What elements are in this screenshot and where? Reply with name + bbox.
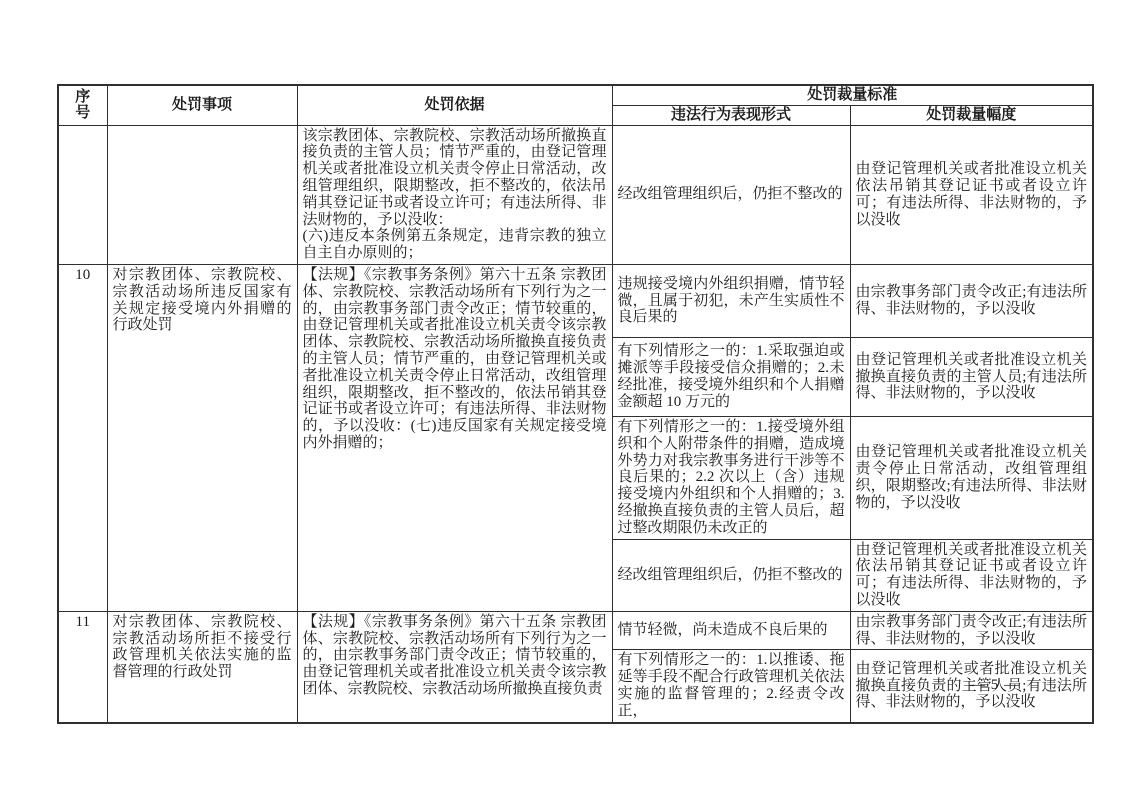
row10-range-cell-3: 由登记管理机关或者批准设立机关责令停止日常活动，改组管理组织，限期整改;有违法所… bbox=[850, 416, 1093, 539]
row11-no-cell: 11 bbox=[58, 611, 107, 722]
rowprev-no-cell bbox=[58, 125, 107, 264]
row10-behavior-cell-1: 违规接受境内外组织捐赠，情节轻微，且属于初犯，未产生实质性不良后果的 bbox=[612, 264, 850, 337]
header-serial-number: 序 号 bbox=[58, 85, 107, 125]
rowprev-matter-cell bbox=[107, 125, 297, 264]
row10-basis-cell: 【法规】《宗教事务条例》第六十五条 宗教团体、宗教院校、宗教活动场所有下列行为之… bbox=[297, 264, 612, 611]
row10-range-cell-1: 由宗教事务部门责令改正;有违法所得、非法财物的，予以没收 bbox=[850, 264, 1093, 337]
row10-behavior-cell-4: 经改组管理组织后，仍拒不整改的 bbox=[612, 539, 850, 611]
header-penalty-basis: 处罚依据 bbox=[297, 85, 612, 125]
row10-no-cell: 10 bbox=[58, 264, 107, 611]
row10-behavior-cell-3: 有下列情形之一的：1.接受境外组织和个人附带条件的捐赠，造成境外势力对我宗教事务… bbox=[612, 416, 850, 539]
row11-basis-cell: 【法规】《宗教事务条例》第六十五条 宗教团体、宗教院校、宗教活动场所有下列行为之… bbox=[297, 611, 612, 722]
header-row-1: 序 号 处罚事项 处罚依据 处罚裁量标准 bbox=[58, 85, 1093, 105]
table-row-11-sub-1: 11 对宗教团体、宗教院校、宗教活动场所拒不接受行政管理机关依法实施的监督管理的… bbox=[58, 611, 1093, 650]
rowprev-behavior-cell: 经改组管理组织后，仍拒不整改的 bbox=[612, 125, 850, 264]
row10-behavior-cell-2: 有下列情形之一的：1.采取强迫或摊派等手段接受信众捐赠的；2.未经批准，接受境外… bbox=[612, 337, 850, 416]
row10-matter-cell: 对宗教团体、宗教院校、宗教活动场所违反国家有关规定接受境内外捐赠的行政处罚 bbox=[107, 264, 297, 611]
row10-range-cell-4: 由登记管理机关或者批准设立机关依法吊销其登记证书或者设立许可；有违法所得、非法财… bbox=[850, 539, 1093, 611]
header-discretion-range: 处罚裁量幅度 bbox=[850, 105, 1093, 125]
row11-behavior-cell-1: 情节轻微，尚未造成不良后果的 bbox=[612, 611, 850, 650]
row11-range-cell-1: 由宗教事务部门责令改正;有违法所得、非法财物的，予以没收 bbox=[850, 611, 1093, 650]
table-row-continuation: 该宗教团体、宗教院校、宗教活动场所撤换直接负责的主管人员；情节严重的，由登记管理… bbox=[58, 125, 1093, 264]
document-page: 序 号 处罚事项 处罚依据 处罚裁量标准 违法行为表现形式 处罚裁量幅度 该宗教… bbox=[0, 0, 1123, 794]
header-illegal-behavior-form: 违法行为表现形式 bbox=[612, 105, 850, 125]
table-row-10-sub-1: 10 对宗教团体、宗教院校、宗教活动场所违反国家有关规定接受境内外捐赠的行政处罚… bbox=[58, 264, 1093, 337]
row11-behavior-cell-2: 有下列情形之一的：1.以推诿、拖延等手段不配合行政管理机关依法实施的监督管理的；… bbox=[612, 650, 850, 723]
header-penalty-matter: 处罚事项 bbox=[107, 85, 297, 125]
penalty-discretion-table: 序 号 处罚事项 处罚依据 处罚裁量标准 违法行为表现形式 处罚裁量幅度 该宗教… bbox=[57, 84, 1094, 724]
rowprev-range-cell: 由登记管理机关或者批准设立机关依法吊销其登记证书或者设立许可；有违法所得、非法财… bbox=[850, 125, 1093, 264]
row10-range-cell-2: 由登记管理机关或者批准设立机关撤换直接负责的主管人员;有违法所得、非法财物的，予… bbox=[850, 337, 1093, 416]
rowprev-basis-cell: 该宗教团体、宗教院校、宗教活动场所撤换直接负责的主管人员；情节严重的，由登记管理… bbox=[297, 125, 612, 264]
row11-matter-cell: 对宗教团体、宗教院校、宗教活动场所拒不接受行政管理机关依法实施的监督管理的行政处… bbox=[107, 611, 297, 722]
header-discretion-standard: 处罚裁量标准 bbox=[612, 85, 1093, 105]
page-number: — 5 — bbox=[935, 677, 1055, 694]
